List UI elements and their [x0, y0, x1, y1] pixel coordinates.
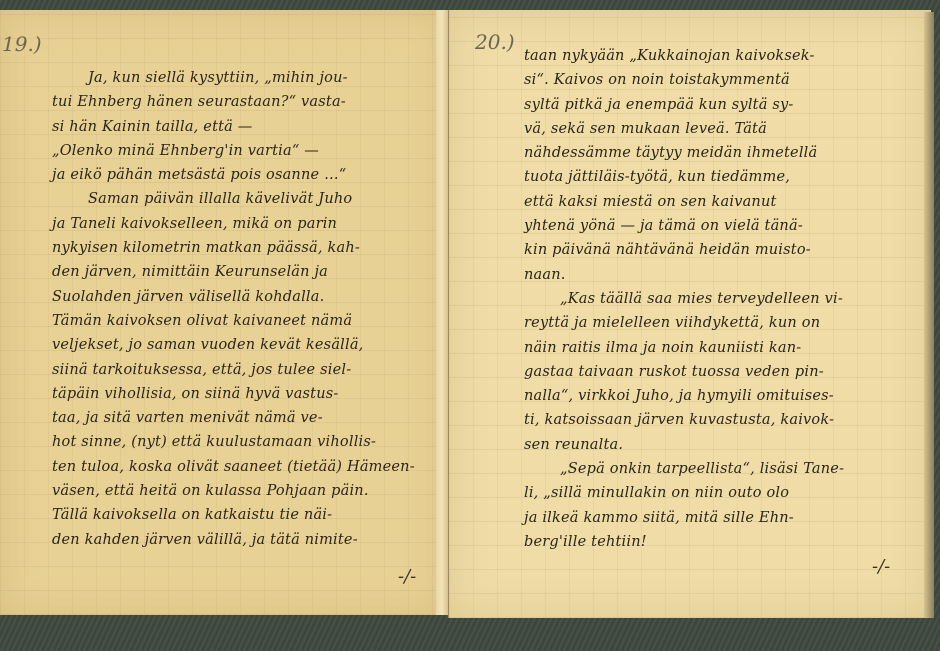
text-line: nalla“, virkkoi Juho, ja hymyili omituis…: [524, 384, 924, 408]
text-line: si hän Kainin tailla, että —: [52, 115, 432, 139]
text-line: Ja, kun siellä kysyttiin, „mihin jou-: [52, 66, 432, 90]
text-line: siinä tarkoituksessa, että, jos tulee si…: [52, 358, 432, 382]
text-line: „Sepä onkin tarpeellista“, lisäsi Tane-: [524, 457, 924, 481]
right-page-number: 20.): [475, 30, 515, 54]
text-line: gastaa taivaan ruskot tuossa veden pin-: [524, 360, 924, 384]
text-line: „Olenko minä Ehnberg'in vartia“ —: [52, 139, 432, 163]
text-line: ja ilkeä kammo siitä, mitä sille Ehn-: [524, 506, 924, 530]
text-line: Suolahden järven välisellä kohdalla.: [52, 285, 432, 309]
text-line: sen reunalta.: [524, 433, 924, 457]
text-line: tuota jättiläis-työtä, kun tiedämme,: [524, 165, 924, 189]
text-line: berg'ille tehtiin!: [524, 530, 924, 554]
text-line: Saman päivän illalla kävelivät Juho: [52, 187, 432, 211]
text-line: ten tuloa, koska olivät saaneet (tietää)…: [52, 455, 432, 479]
left-page-text: Ja, kun siellä kysyttiin, „mihin jou- tu…: [52, 66, 432, 552]
text-line: nykyisen kilometrin matkan päässä, kah-: [52, 236, 432, 260]
text-line: „Kas täällä saa mies terveydelleen vi-: [524, 287, 924, 311]
text-line: Tällä kaivoksella on katkaistu tie näi-: [52, 503, 432, 527]
text-line: näin raitis ilma ja noin kauniisti kan-: [524, 336, 924, 360]
text-line: Tämän kaivoksen olivat kaivaneet nämä: [52, 309, 432, 333]
text-line: nähdessämme täytyy meidän ihmetellä: [524, 141, 924, 165]
section-end-mark: -/-: [872, 556, 890, 577]
text-line: ti, katsoissaan järven kuvastusta, kaivo…: [524, 408, 924, 432]
text-line: taa, ja sitä varten menivät nämä ve-: [52, 406, 432, 430]
right-page-edge: [924, 12, 934, 618]
notebook-spread: 19.) 20.) Ja, kun siellä kysyttiin, „mih…: [0, 0, 940, 651]
text-line: ja eikö pähän metsästä pois osanne …“: [52, 163, 432, 187]
text-line: taan nykyään „Kukkainojan kaivoksek-: [524, 44, 924, 68]
text-line: reyttä ja mielelleen viihdykettä, kun on: [524, 311, 924, 335]
text-line: että kaksi miestä on sen kaivanut: [524, 190, 924, 214]
left-page-fold-edge: [436, 10, 448, 615]
section-end-mark: -/-: [398, 566, 416, 587]
text-line: si“. Kaivos on noin toistakymmentä: [524, 68, 924, 92]
text-line: den kahden järven välillä, ja tätä nimit…: [52, 528, 432, 552]
text-line: li, „sillä minullakin on niin outo olo: [524, 481, 924, 505]
text-line: yhtenä yönä — ja tämä on vielä tänä-: [524, 214, 924, 238]
text-line: tui Ehnberg hänen seurastaan?“ vasta-: [52, 90, 432, 114]
text-line: veljekset, jo saman vuoden kevät kesällä…: [52, 333, 432, 357]
text-line: täpäin vihollisia, on siinä hyvä vastus-: [52, 382, 432, 406]
text-line: syltä pitkä ja enempää kun syltä sy-: [524, 93, 924, 117]
text-line: ja Taneli kaivokselleen, mikä on parin: [52, 212, 432, 236]
text-line: vä, sekä sen mukaan leveä. Tätä: [524, 117, 924, 141]
text-line: naan.: [524, 263, 924, 287]
text-line: den järven, nimittäin Keurunselän ja: [52, 260, 432, 284]
text-line: väsen, että heitä on kulassa Pohjaan päi…: [52, 479, 432, 503]
text-line: kin päivänä nähtävänä heidän muisto-: [524, 238, 924, 262]
left-page-number: 19.): [2, 32, 42, 56]
text-line: hot sinne, (nyt) että kuulustamaan vihol…: [52, 430, 432, 454]
right-page-text: taan nykyään „Kukkainojan kaivoksek- si“…: [524, 44, 924, 554]
